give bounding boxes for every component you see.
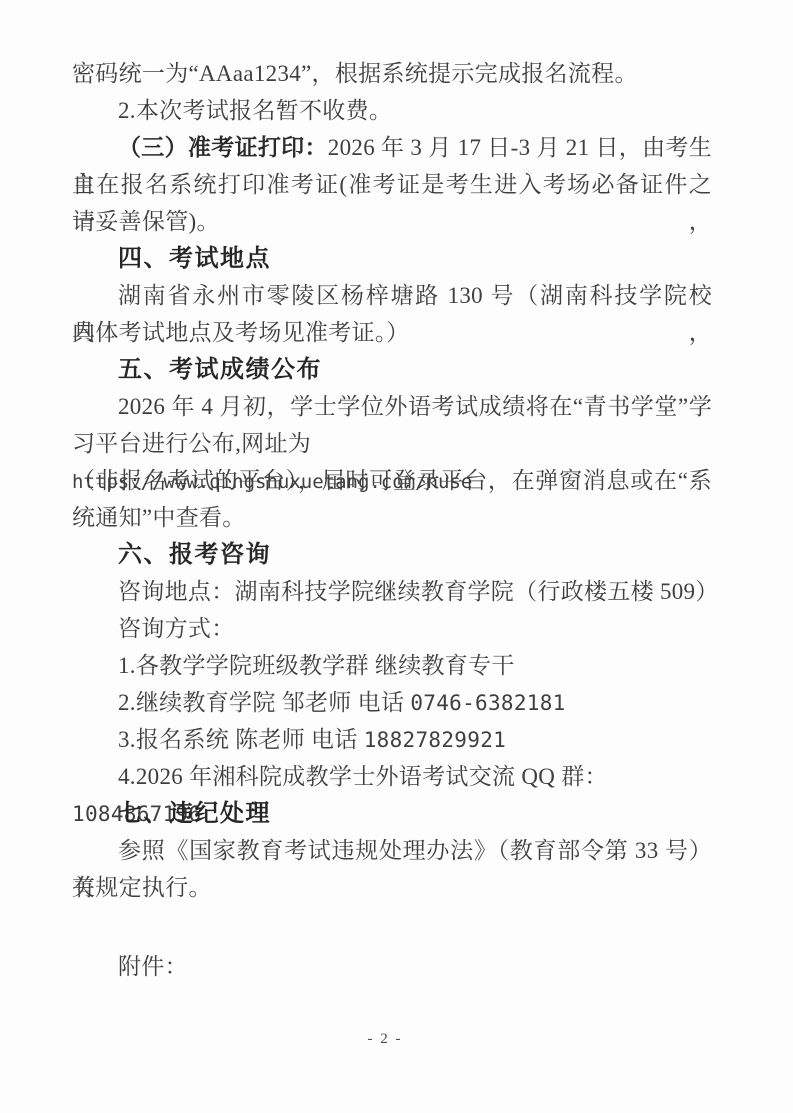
document-line: 2026 年 4 月初，学士学位外语考试成绩将在“青书学堂”学 — [72, 388, 712, 425]
section-heading: 六、报考咨询 — [72, 536, 712, 573]
document-line: 统通知”中查看。 — [72, 499, 712, 536]
section-heading: 四、考试地点 — [72, 240, 712, 277]
blank-line — [72, 906, 712, 948]
document-line: 习平台进行公布,网址为 https://www.qingshuxuetang.c… — [72, 425, 712, 462]
text-segment: 4.2026 年湘科院成教学士外语考试交流 QQ 群： — [118, 764, 608, 789]
text-segment: 咨询地点：湖南科技学院继续教育学院（行政楼五楼 509） — [118, 579, 719, 604]
text-segment: 习平台进行公布,网址为 — [72, 431, 311, 456]
text-segment: 七、违纪处理 — [118, 800, 271, 827]
section-heading: 七、违纪处理 — [72, 795, 712, 832]
text-segment: 2026 年 4 月初，学士学位外语考试成绩将在“青书学堂”学 — [118, 394, 712, 419]
document-line: 2.继续教育学院 邹老师 电话 0746-6382181 — [72, 684, 712, 721]
text-segment: 3.报名系统 陈老师 电话 — [118, 727, 364, 752]
text-segment: 密码统一为“AAaa1234”，根据系统提示完成报名流程。 — [72, 61, 638, 86]
page-number: - 2 - — [0, 1029, 770, 1049]
mono-text-segment: 18827829921 — [364, 728, 506, 752]
text-segment: 咨询方式： — [118, 616, 235, 641]
document-line: （三）准考证打印：2026 年 3 月 17 日-3 月 21 日，由考生自 — [72, 129, 712, 166]
text-segment: 六、报考咨询 — [118, 541, 271, 568]
document-line: 咨询地点：湖南科技学院继续教育学院（行政楼五楼 509） — [72, 573, 712, 610]
document-line: 湖南省永州市零陵区杨梓塘路 130 号（湖南科技学院校内）， — [72, 277, 712, 314]
text-segment: 五、考试成绩公布 — [118, 356, 322, 383]
document-line: 3.报名系统 陈老师 电话 18827829921 — [72, 721, 712, 758]
document-line: 参照《国家教育考试违规处理办法》（教育部令第 33 号）有 — [72, 832, 712, 869]
text-segment: 2.本次考试报名暂不收费。 — [118, 98, 392, 123]
bold-text-segment: （三）准考证打印： — [118, 134, 328, 160]
document-line: 1.各教学学院班级教学群 继续教育专干 — [72, 647, 712, 684]
document-line: 主在报名系统打印准考证(准考证是考生进入考场必备证件之一， — [72, 166, 712, 203]
text-segment: （非报名考试的平台），届时可登录平台，在弹窗消息或在“系 — [72, 468, 712, 493]
text-segment: 关规定执行。 — [72, 875, 212, 900]
document-line: 关规定执行。 — [72, 869, 712, 906]
text-segment: 请妥善保管)。 — [72, 209, 220, 234]
document-line: 附件： — [72, 948, 712, 985]
document-line: 密码统一为“AAaa1234”，根据系统提示完成报名流程。 — [72, 55, 712, 92]
document-line: （非报名考试的平台），届时可登录平台，在弹窗消息或在“系 — [72, 462, 712, 499]
text-segment: 附件： — [118, 954, 188, 979]
document-line: 4.2026 年湘科院成教学士外语考试交流 QQ 群：1084867196 — [72, 758, 712, 795]
document-content: 密码统一为“AAaa1234”，根据系统提示完成报名流程。2.本次考试报名暂不收… — [72, 55, 712, 985]
text-segment: 1.各教学学院班级教学群 继续教育专干 — [118, 653, 515, 678]
document-line: 咨询方式： — [72, 610, 712, 647]
text-segment: 四、考试地点 — [118, 245, 271, 272]
text-segment: 具体考试地点及考场见准考证。 — [72, 320, 398, 345]
text-segment: 统通知”中查看。 — [72, 505, 246, 530]
text-segment: 2.继续教育学院 邹老师 电话 — [118, 690, 410, 715]
mono-text-segment: 0746-6382181 — [410, 691, 565, 715]
section-heading: 五、考试成绩公布 — [72, 351, 712, 388]
scanned-document-page: 密码统一为“AAaa1234”，根据系统提示完成报名流程。2.本次考试报名暂不收… — [0, 0, 793, 1113]
document-line: 2.本次考试报名暂不收费。 — [72, 92, 712, 129]
